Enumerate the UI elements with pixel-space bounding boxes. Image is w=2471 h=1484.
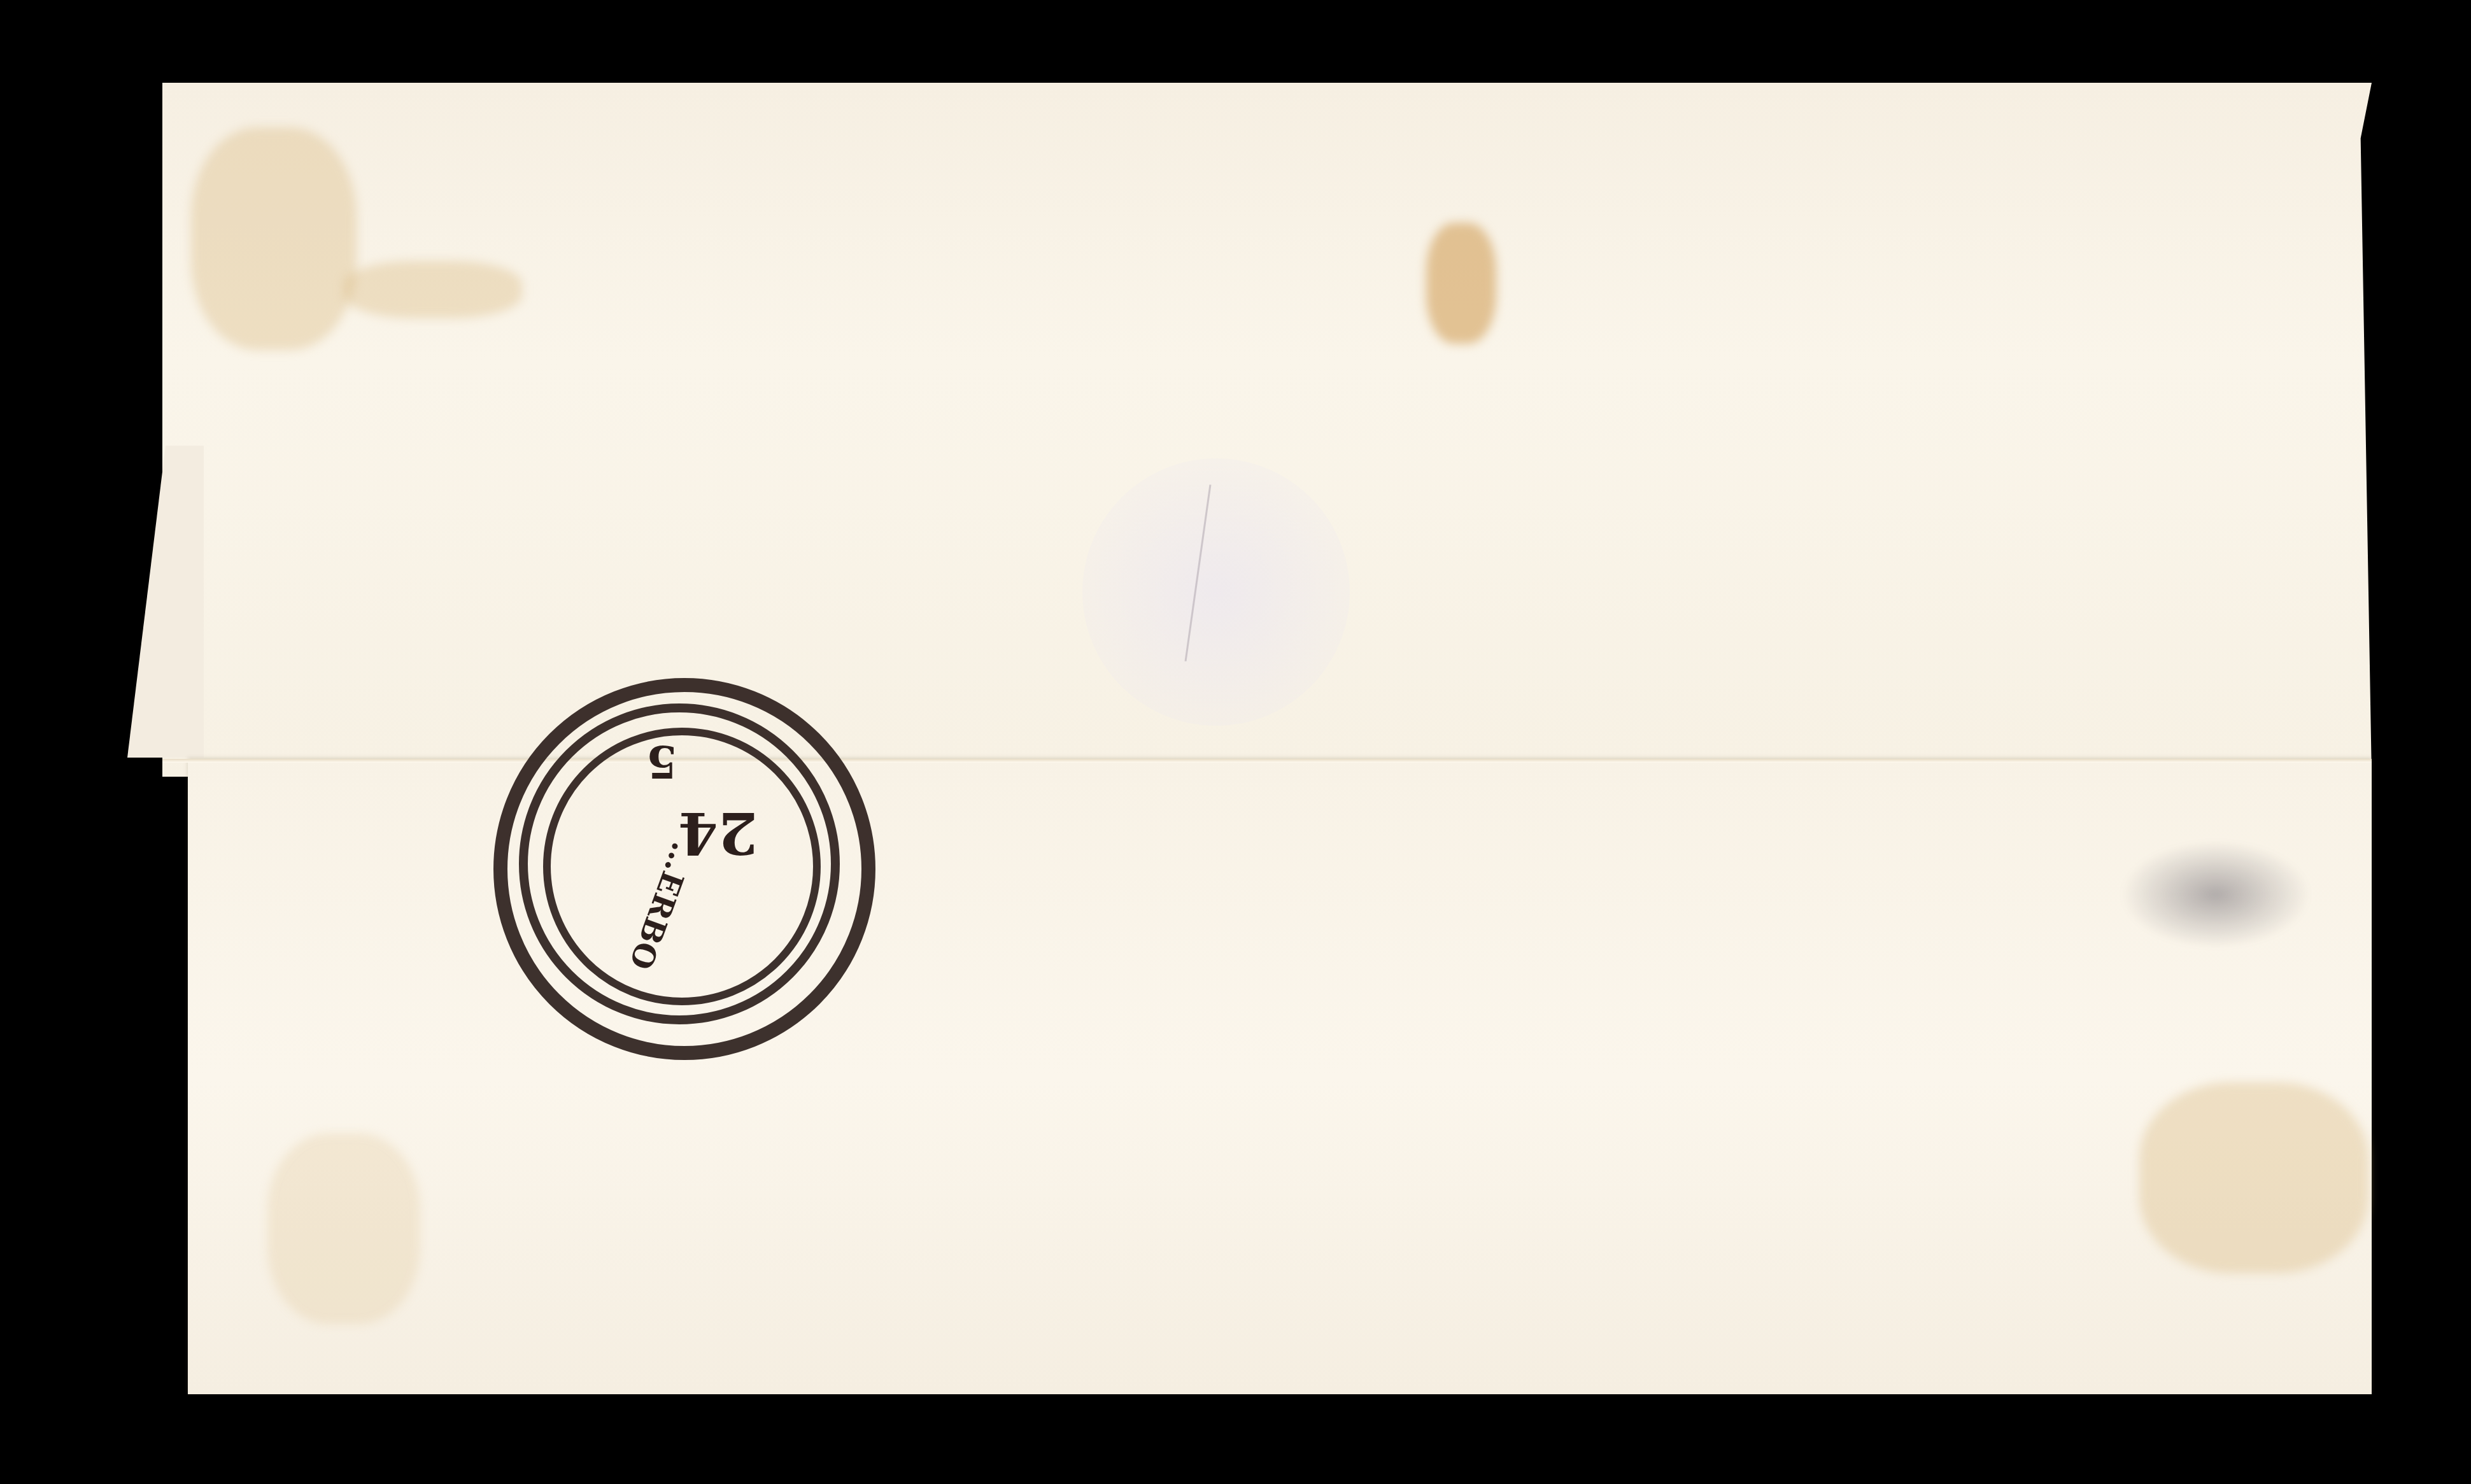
postmark: 24 5 …ERBO [493, 678, 875, 1060]
left-flap [127, 446, 204, 758]
stain [344, 261, 522, 318]
stain [1426, 223, 1496, 344]
stain [267, 1133, 420, 1324]
postmark-month: 5 [646, 735, 677, 788]
wax-seal-residue [1082, 458, 1350, 726]
stain [2139, 1082, 2368, 1273]
stain [191, 127, 357, 350]
ink-smudge [2120, 840, 2311, 949]
